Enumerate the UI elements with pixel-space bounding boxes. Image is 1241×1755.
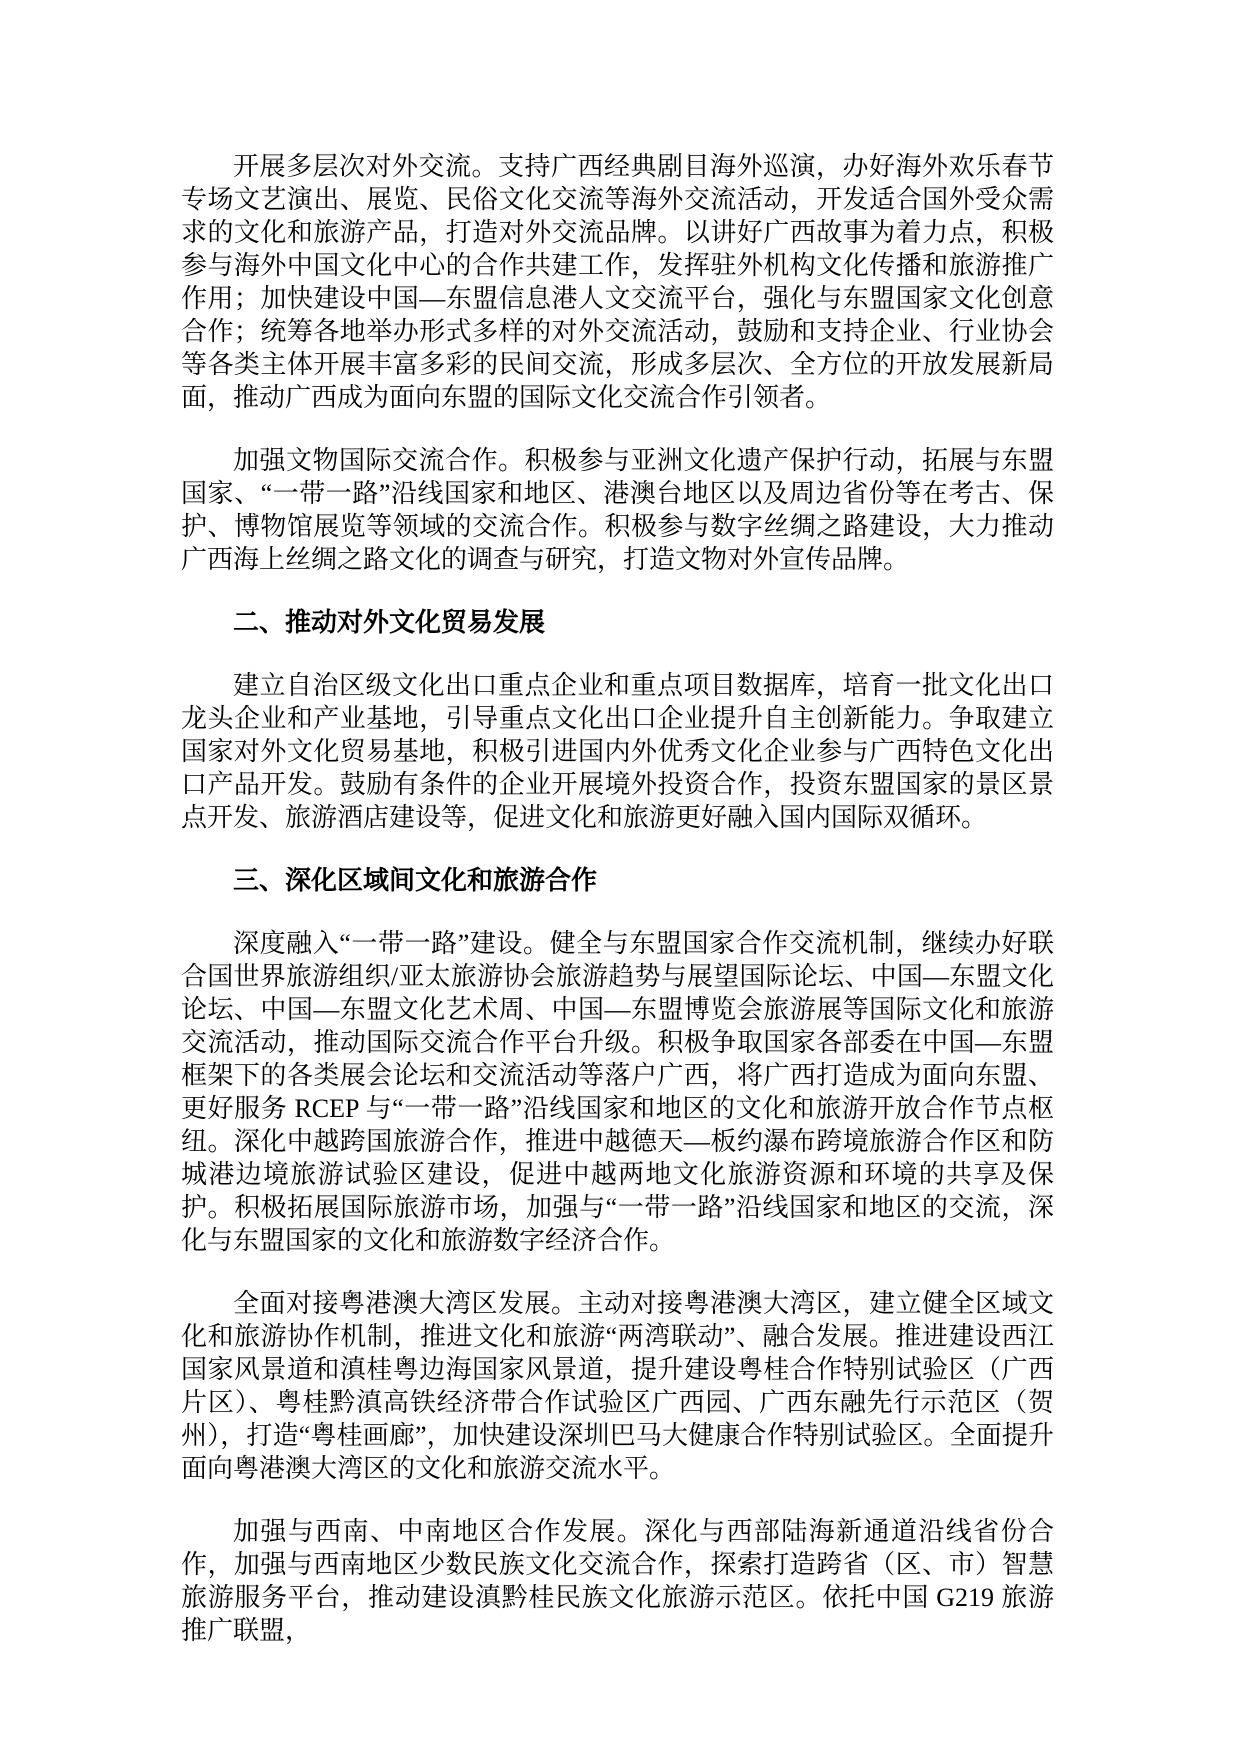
document-page: 开展多层次对外交流。支持广西经典剧目海外巡演，办好海外欢乐春节专场文艺演出、展览… xyxy=(0,0,1241,1755)
paragraph: 开展多层次对外交流。支持广西经典剧目海外巡演，办好海外欢乐春节专场文艺演出、展览… xyxy=(181,150,1054,414)
paragraph: 加强与西南、中南地区合作发展。深化与西部陆海新通道沿线省份合作，加强与西南地区少… xyxy=(181,1515,1054,1647)
section-heading: 二、推动对外文化贸易发展 xyxy=(181,606,1054,639)
paragraph: 深度融入“一带一路”建设。健全与东盟国家合作交流机制，继续办好联合国世界旅游组织… xyxy=(181,927,1054,1257)
paragraph: 加强文物国际交流合作。积极参与亚洲文化遗产保护行动，拓展与东盟国家、“一带一路”… xyxy=(181,444,1054,576)
paragraph: 全面对接粤港澳大湾区发展。主动对接粤港澳大湾区，建立健全区域文化和旅游协作机制，… xyxy=(181,1287,1054,1485)
section-heading: 三、深化区域间文化和旅游合作 xyxy=(181,864,1054,897)
paragraph: 建立自治区级文化出口重点企业和重点项目数据库，培育一批文化出口龙头企业和产业基地… xyxy=(181,669,1054,834)
